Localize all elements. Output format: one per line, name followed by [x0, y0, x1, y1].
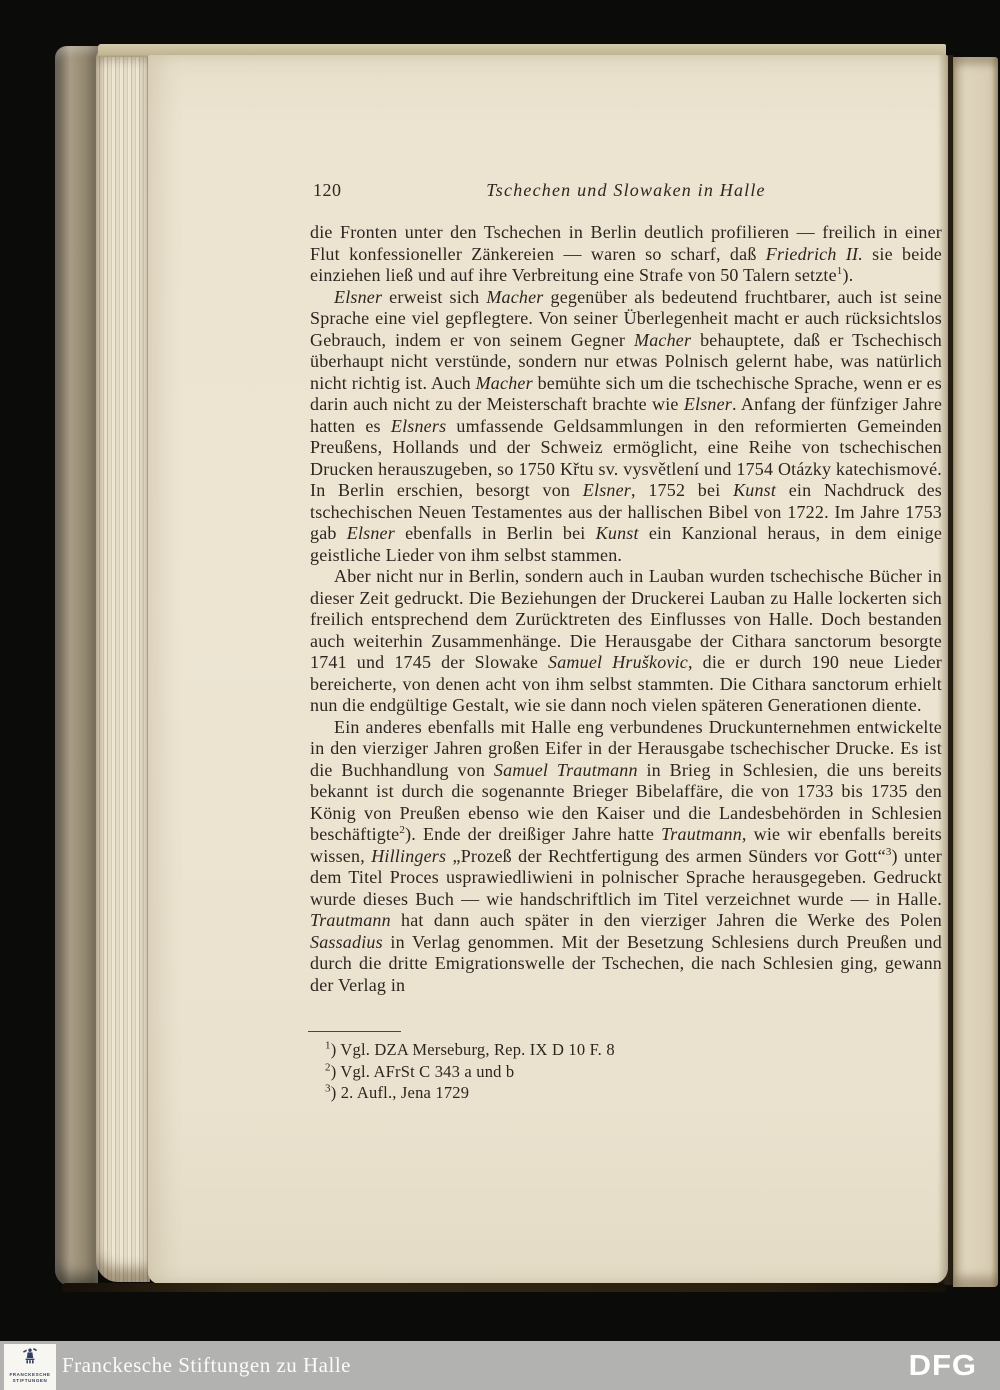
dfg-logo: DFG — [909, 1343, 977, 1388]
footnotes: 1) Vgl. DZA Merseburg, Rep. IX D 10 F. 8… — [310, 1039, 942, 1104]
running-header: Tschechen und Slowaken in Halle — [310, 180, 942, 201]
background: { "page": { "number": "120", "running_he… — [0, 0, 1000, 1390]
institution-logo: FRANCKESCHE STIFTUNGEN — [4, 1344, 56, 1390]
body-text: die Fronten unter den Tschechen in Berli… — [310, 222, 942, 1028]
page-stack-edge — [96, 50, 150, 1282]
paragraph: Aber nicht nur in Berlin, sondern auch i… — [310, 566, 942, 717]
franckesche-emblem-icon — [21, 1347, 39, 1370]
book-bottom-shadow — [62, 1283, 946, 1292]
footnote-item: 2) Vgl. AFrSt C 343 a und b — [310, 1061, 942, 1083]
facing-page-edge — [953, 57, 998, 1287]
paragraph: die Fronten unter den Tschechen in Berli… — [310, 222, 942, 287]
institution-logo-text-line2: STIFTUNGEN — [13, 1378, 48, 1384]
footnote-item: 1) Vgl. DZA Merseburg, Rep. IX D 10 F. 8 — [310, 1039, 942, 1061]
book-cover-edge — [55, 46, 98, 1286]
footnote-item: 3) 2. Aufl., Jena 1729 — [310, 1082, 942, 1104]
footnote-rule — [308, 1031, 401, 1032]
paragraph: Ein anderes ebenfalls mit Halle eng verb… — [310, 717, 942, 997]
institution-name: Franckesche Stiftungen zu Halle — [62, 1341, 351, 1390]
paragraph: Elsner erweist sich Macher gegenüber als… — [310, 287, 942, 567]
